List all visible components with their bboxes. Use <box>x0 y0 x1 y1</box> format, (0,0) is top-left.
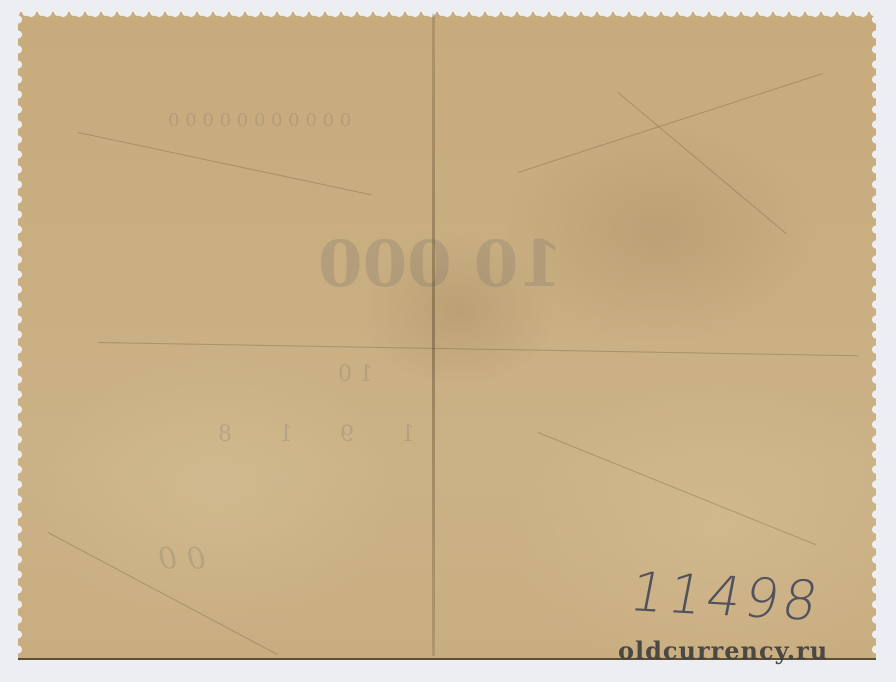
top-perforation <box>18 12 876 20</box>
paper-crease <box>538 432 817 545</box>
banknote-reverse: 0 0 0 0 0 0 0 0 0 0 0 10 000 1 0 1 9 1 8… <box>18 12 876 660</box>
bleed-through-line-3: 1 0 <box>338 362 373 387</box>
vertical-fold-line <box>432 14 435 656</box>
bleed-through-signature: 0 0 <box>158 542 206 577</box>
left-perforation <box>18 12 26 658</box>
paper-crease <box>618 92 787 234</box>
right-perforation <box>868 12 876 658</box>
handwritten-serial-number: 11498 <box>625 560 827 633</box>
site-watermark: oldcurrency.ru <box>618 636 828 665</box>
bleed-through-denomination: 10 000 <box>318 227 563 302</box>
paper-crease <box>518 73 823 173</box>
bleed-through-year: 1 9 1 8 <box>198 422 415 447</box>
paper-crease <box>78 132 372 195</box>
paper-crease <box>98 342 858 356</box>
bleed-through-line-1: 0 0 0 0 0 0 0 0 0 0 0 <box>168 110 351 131</box>
